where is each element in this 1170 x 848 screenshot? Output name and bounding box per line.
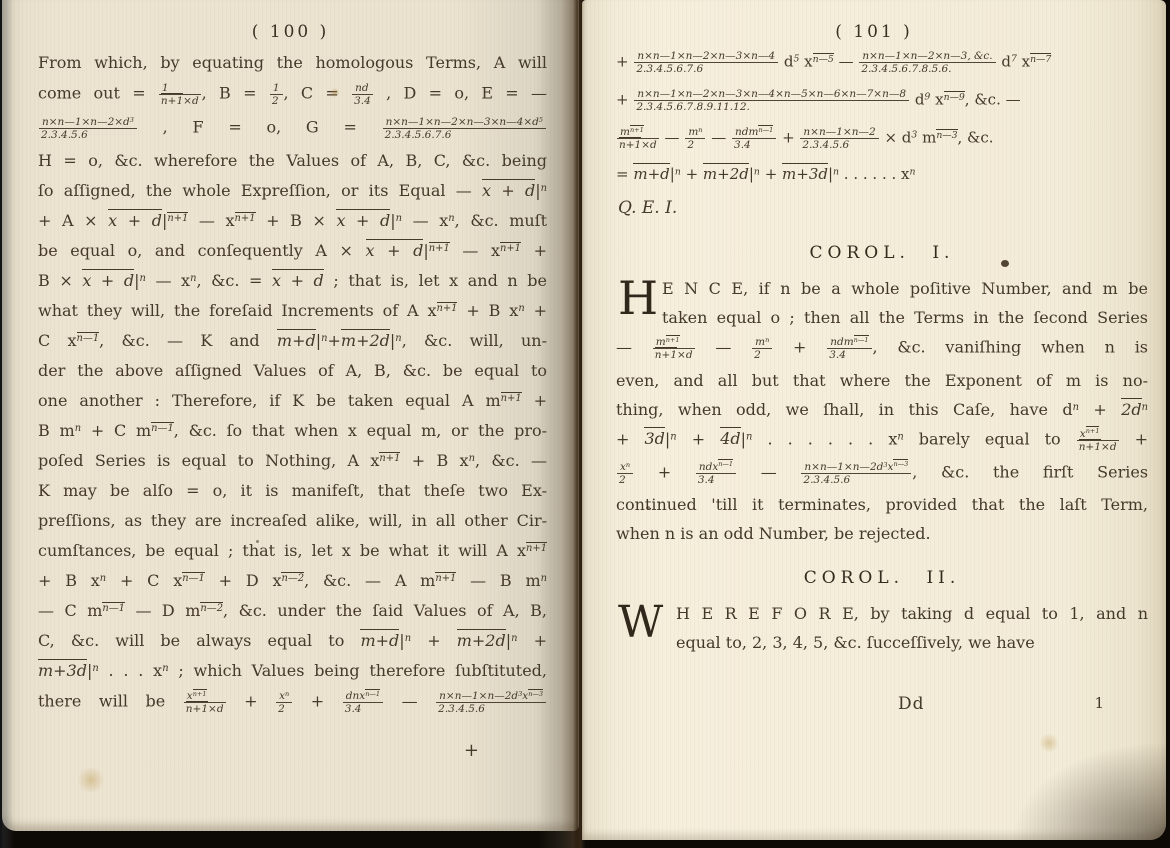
text-line: + n×n—1×n—2×n—3×n—42.3.4.5.6.7.6 d5 xn—5… <box>616 50 1148 75</box>
text-line: m+3d|n . . . xn ; which Values being the… <box>38 660 547 681</box>
text-line: taken equal o ; then all the Terms in th… <box>616 307 1148 328</box>
series-formula-block: + n×n—1×n—2×n—3×n—42.3.4.5.6.7.6 d5 xn—5… <box>616 50 1148 185</box>
fraction: n×n—1×n—2×d32.3.4.5.6 <box>39 116 137 141</box>
text-line: one another : Therefore, if K be taken e… <box>38 390 547 411</box>
corol-1-heading: COROL. I. <box>616 243 1148 264</box>
text-line: xn2 + ndxn—13.4 — n×n—1×n—2d3xn—32.3.4.5… <box>616 461 1148 486</box>
left-catchword: + <box>464 740 479 761</box>
fraction: mn2 <box>685 126 705 151</box>
fraction: n×n—1×n—2d3xn—32.3.4.5.6 <box>801 461 911 486</box>
signature-mark: Dd <box>898 694 925 714</box>
fraction: n×n—1×n—2×n—3×n—4×d52.3.4.5.6.7.6 <box>383 116 546 141</box>
fraction: xn2 <box>276 690 292 715</box>
text-line: what they will, the foreſaid Increments … <box>38 300 547 321</box>
corol-1-lines: E N C E, if n be a whole poſitive Number… <box>616 278 1148 543</box>
fraction: n×n—1×n—2×n—3×n—42.3.4.5.6.7.6 <box>634 50 778 75</box>
fraction: mn2 <box>752 336 772 361</box>
fraction: 12 <box>270 82 283 107</box>
text-line: n×n—1×n—2×d32.3.4.5.6 , F = o, G = n×n—1… <box>38 116 547 141</box>
text-line: H = o, &c. wherefore the Values of A, B,… <box>38 150 547 171</box>
text-line: cumſtances, be equal ; that is, let x be… <box>38 540 547 561</box>
corol-2-lines: H E R E F O R E, by taking d equal to 1,… <box>616 603 1148 653</box>
fraction: nd3.4 <box>352 82 373 107</box>
text-line: preſſions, as they are increaſed alike, … <box>38 510 547 531</box>
fraction: n×n—1×n—2×n—3, &c.2.3.4.5.6.7.8.5.6. <box>859 50 995 75</box>
fraction: 1n+1×d <box>159 82 201 107</box>
fraction: n×n—1×n—2×n—3×n—4×n—5×n—6×n—7×n—82.3.4.5… <box>634 88 909 113</box>
text-line: C xn—1, &c. — K and m+d|n+m+2d|n, &c. wi… <box>38 330 547 351</box>
text-line: + 3d|n + 4d|n . . . . . . xn barely equa… <box>616 428 1148 453</box>
text-line: + A × x + d|n+1 — xn+1 + B × x + d|n — x… <box>38 210 547 231</box>
book-scan: ( 100 ) From which, by equating the homo… <box>0 0 1170 848</box>
left-page-body: From which, by equating the homologous T… <box>2 42 579 715</box>
right-catchword: 1 <box>1094 694 1104 712</box>
text-line: even, and all but that where the Exponen… <box>616 370 1148 391</box>
text-line: ſo aſſigned, the whole Expreſſion, or it… <box>38 180 547 201</box>
fraction: mn+1n+1×d <box>653 336 695 361</box>
text-line: der the above aſſigned Values of A, B, &… <box>38 360 547 381</box>
corol-1-paragraph: H E N C E, if n be a whole poſitive Numb… <box>616 278 1148 543</box>
left-page-number: ( 100 ) <box>2 0 579 42</box>
fraction: mn+1n+1×d <box>617 126 659 151</box>
text-line: B × x + d|n — xn, &c. = x + d ; that is,… <box>38 270 547 291</box>
fraction: xn+1n+1×d <box>184 690 226 715</box>
text-line: K may be alſo = o, it is manifeſt, that … <box>38 480 547 501</box>
text-line: equal to, 2, 3, 4, 5, &c. ſucceſſively, … <box>616 632 1148 653</box>
text-line: + n×n—1×n—2×n—3×n—4×n—5×n—6×n—7×n—82.3.4… <box>616 88 1148 113</box>
text-line: + B xn + C xn—1 + D xn—2, &c. — A mn+1 —… <box>38 570 547 591</box>
fraction: n×n—1×n—2d3xn—32.3.4.5.6 <box>436 690 546 715</box>
corol-2-heading: COROL. II. <box>616 568 1148 589</box>
qed-mark: Q. E. I. <box>618 198 1148 219</box>
fraction: ndmn—13.4 <box>732 126 776 151</box>
text-line: there will be xn+1n+1×d + xn2 + dnxn—13.… <box>38 690 547 715</box>
text-line: E N C E, if n be a whole poſitive Number… <box>616 278 1148 299</box>
text-line: come out = 1n+1×d, B = 12, C = nd3.4 , D… <box>38 82 547 107</box>
fraction: ndxn—13.4 <box>696 461 736 486</box>
text-line: = m+d|n + m+2d|n + m+3d|n . . . . . . xn <box>616 164 1148 185</box>
text-line: — C mn—1 — D mn—2, &c. under the ſaid Va… <box>38 600 547 621</box>
text-line: H E R E F O R E, by taking d equal to 1,… <box>616 603 1148 624</box>
text-line: mn+1n+1×d — mn2 — ndmn—13.4 + n×n—1×n—22… <box>616 126 1148 151</box>
text-line: — mn+1n+1×d — mn2 + ndmn—13.4, &c. vaniſ… <box>616 336 1148 361</box>
fraction: xn2 <box>617 461 633 486</box>
text-line: From which, by equating the homologous T… <box>38 52 547 73</box>
right-page-body: + n×n—1×n—2×n—3×n—42.3.4.5.6.7.6 d5 xn—5… <box>582 42 1166 653</box>
text-line: thing, when odd, we ſhall, in this Caſe,… <box>616 399 1148 420</box>
fraction: dnxn—13.4 <box>343 690 383 715</box>
right-page: ( 101 ) + n×n—1×n—2×n—3×n—42.3.4.5.6.7.6… <box>582 0 1166 840</box>
text-line: B mn + C mn—1, &c. ſo that when x equal … <box>38 420 547 441</box>
text-line: when n is an odd Number, be rejected. <box>616 523 1148 544</box>
text-line: be equal o, and conſequently A × x + d|n… <box>38 240 547 261</box>
fraction: ndmn—13.4 <box>827 336 871 361</box>
text-line: poſed Series is equal to Nothing, A xn+1… <box>38 450 547 471</box>
text-line: C, &c. will be always equal to m+d|n + m… <box>38 630 547 651</box>
fraction: n×n—1×n—22.3.4.5.6 <box>800 126 878 151</box>
left-page: ( 100 ) From which, by equating the homo… <box>2 0 579 831</box>
fraction: xn+1n+1×d <box>1077 428 1119 453</box>
text-line: continued 'till it terminates, provided … <box>616 494 1148 515</box>
right-page-number: ( 101 ) <box>582 0 1166 42</box>
corol-2-paragraph: W H E R E F O R E, by taking d equal to … <box>616 603 1148 653</box>
